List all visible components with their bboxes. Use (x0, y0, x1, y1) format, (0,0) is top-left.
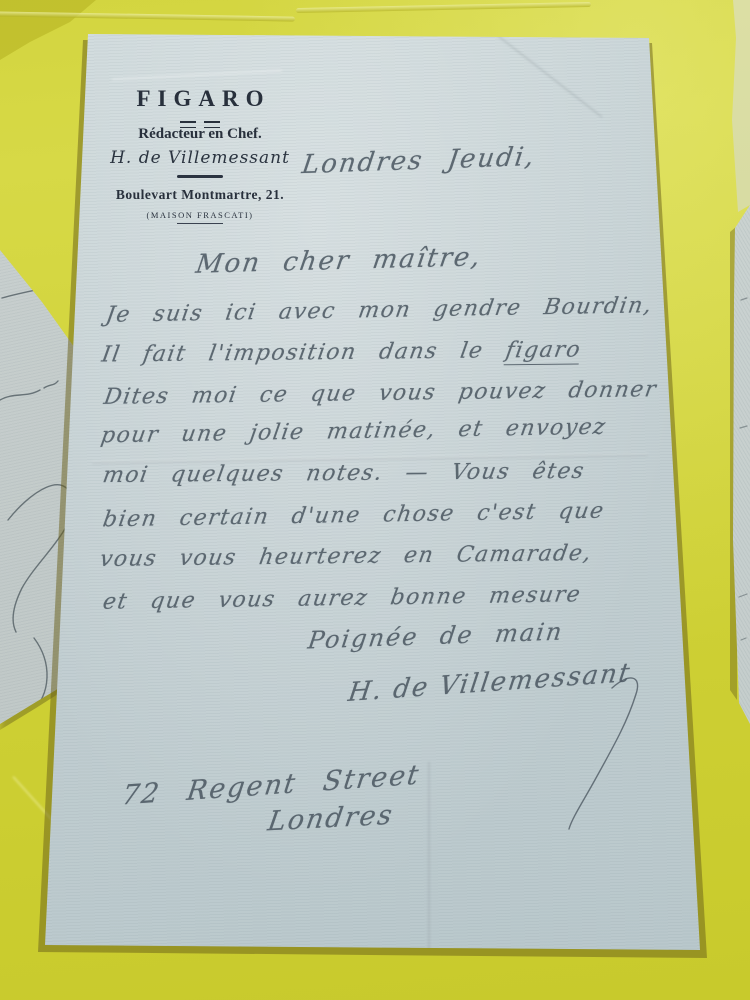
letter-page: FIGARO Rédacteur en Chef. H. de Villemes… (0, 0, 750, 1000)
letterhead-rule (177, 175, 223, 178)
address-line-2: Londres (266, 800, 396, 838)
body-line-text: bien certain d'une chose c'est que (101, 499, 607, 533)
body-line-8: et que vous aurez bonne mesure (101, 582, 583, 615)
body-line-5: moi quelques notes. — Vous êtes (101, 459, 587, 488)
body-line-text: pour une jolie matinée, et envoyez (99, 415, 608, 449)
photo-scene: FIGARO Rédacteur en Chef. H. de Villemes… (0, 0, 750, 1000)
body-line-1: Je suis ici avec mon gendre Bourdin, (104, 293, 654, 328)
top-left-crease (112, 70, 282, 81)
body-line-6: bien certain d'une chose c'est que (101, 499, 607, 533)
letterhead-building: (MAISON FRASCATI) (100, 210, 300, 220)
closing: Poignée de main (306, 617, 565, 654)
body-line-text: vous vous heurterez en Camarade, (98, 541, 594, 572)
body-line-4: pour une jolie matinée, et envoyez (99, 415, 608, 449)
salutation: Mon cher maître, (194, 242, 484, 280)
letterhead: FIGARO Rédacteur en Chef. H. de Villemes… (100, 86, 300, 224)
body-line-text: Dites moi ce que vous pouvez donner (102, 377, 659, 410)
masthead-figaro: FIGARO (100, 86, 300, 112)
body-line-text: moi quelques notes. — Vous êtes (101, 459, 587, 488)
letterhead-name: H. de Villemessant (100, 148, 300, 168)
underlined-word: figaro (504, 337, 584, 365)
letterhead-underline (177, 223, 223, 224)
body-line-text: et que vous aurez bonne mesure (101, 582, 583, 615)
letterhead-title: Rédacteur en Chef. (100, 126, 300, 143)
body-line-text: Il fait l'imposition dans le (100, 338, 508, 367)
vertical-crease (428, 762, 430, 952)
torn-edge-highlight (296, 2, 591, 13)
signature: H. de Villemessant (346, 658, 633, 708)
letterhead-address: Boulevart Montmartre, 21. (100, 187, 300, 203)
body-line-7: vous vous heurterez en Camarade, (98, 541, 594, 572)
masthead-rules (100, 115, 300, 121)
dateline: Londres Jeudi, (300, 142, 538, 180)
corner-crease (483, 24, 602, 118)
body-line-text: Je suis ici avec mon gendre Bourdin, (104, 293, 654, 328)
body-line-3: Dites moi ce que vous pouvez donner (102, 377, 659, 410)
body-line-2: Il fait l'imposition dans le figaro (100, 337, 583, 367)
